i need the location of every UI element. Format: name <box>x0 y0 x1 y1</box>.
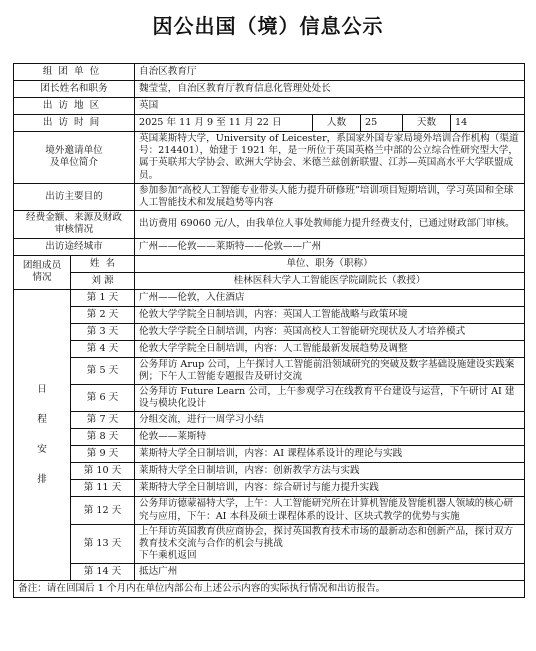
row-funding: 经费金额、来源及财政 审核情况 出访费用 69060 元/人，由我单位人事处教师… <box>14 211 525 238</box>
funding-label-line2: 审核情况 <box>18 224 130 236</box>
schedule-day: 第 4 天 <box>71 340 135 357</box>
member-name-header: 姓 名 <box>71 255 135 272</box>
schedule-day: 第 1 天 <box>71 289 135 306</box>
schedule-day: 第 5 天 <box>71 357 135 384</box>
schedule-row: 日 程 安 排 第 1 天 广州——伦敦，入住酒店 <box>14 289 525 306</box>
route-label: 出访途经城市 <box>14 238 135 255</box>
note: 备注：请在回国后 1 个月内在单位内部公布上述公示内容的实际执行情况和出访报告。 <box>14 581 525 598</box>
schedule-day: 第 14 天 <box>71 564 135 581</box>
schedule-content-line: 下午乘机返回 <box>139 550 520 562</box>
schedule-label-char: 安 <box>18 435 66 465</box>
schedule-content: 广州——伦敦，入住酒店 <box>135 289 525 306</box>
row-purpose: 出访主要目的 参加参加“高校人工智能专业带头人能力提升研修班”培训项目短期培训，… <box>14 183 525 210</box>
row-region: 出访地区 英国 <box>14 98 525 115</box>
route-value: 广州——伦敦——莱斯特——伦敦——广州 <box>135 238 525 255</box>
member-position-header: 单位、职务（职称） <box>135 255 525 272</box>
schedule-day: 第 12 天 <box>71 497 135 524</box>
purpose-value: 参加参加“高校人工智能专业带头人能力提升研修班”培训项目短期培训，学习英国和全球… <box>135 183 525 210</box>
schedule-label-char: 日 <box>18 375 66 405</box>
schedule-content: 伦敦大学学院全日制培训，内容：英国人工智能战略与政策环境 <box>135 306 525 323</box>
schedule-row: 第 11 天 莱斯特大学全日制培训，内容：综合研讨与能力提升实践 <box>14 480 525 497</box>
schedule-content: 公务拜访德蒙福特大学，上午：人工智能研究所在计算机智能及智能机器人领域的核心研究… <box>135 497 525 524</box>
funding-value: 出访费用 69060 元/人，由我单位人事处教师能力提升经费支付，已通过财政部门… <box>135 211 525 238</box>
member-name: 刘 源 <box>71 272 135 289</box>
leader-value: 魏莹莹，自治区教育厅教育信息化管理处处长 <box>135 81 525 98</box>
schedule-row: 第 9 天 莱斯特大学全日制培训，内容：AI 课程体系设计的理论与实践 <box>14 446 525 463</box>
schedule-row: 第 6 天 公务拜访 Future Learn 公司，上午参观学习在线教育平台建… <box>14 385 525 412</box>
days-value: 14 <box>451 115 525 132</box>
group-unit-label: 组团单位 <box>14 64 135 81</box>
inviter-label-line1: 境外邀请单位 <box>18 145 130 157</box>
schedule-row: 第 7 天 分组交流，进行一周学习小结 <box>14 412 525 429</box>
schedule-day: 第 7 天 <box>71 412 135 429</box>
member-row: 刘 源 桂林医科大学人工智能医学院副院长（教授） <box>14 272 525 289</box>
row-route: 出访途经城市 广州——伦敦——莱斯特——伦敦——广州 <box>14 238 525 255</box>
schedule-content: 公务拜访 Arup 公司，上午探讨人工智能前沿领域研究的突破及数字基础设施建设实… <box>135 357 525 384</box>
row-inviter: 境外邀请单位 及单位简介 英国莱斯特大学，University of Leice… <box>14 132 525 184</box>
inviter-label-line2: 及单位简介 <box>18 157 130 169</box>
schedule-label-char: 排 <box>18 465 66 495</box>
page-title: 因公出国（境）信息公示 <box>0 10 536 39</box>
members-label: 团组成员 情况 <box>14 255 71 289</box>
schedule-row: 第 5 天 公务拜访 Arup 公司，上午探讨人工智能前沿领域研究的突破及数字基… <box>14 357 525 384</box>
schedule-content-line: 上午拜访英国教育供应商协会，探讨英国教育技术市场的最新动态和创新产品，探讨双方教… <box>139 526 520 550</box>
schedule-row: 第 8 天 伦敦——莱斯特 <box>14 429 525 446</box>
funding-label: 经费金额、来源及财政 审核情况 <box>14 211 135 238</box>
member-position: 桂林医科大学人工智能医学院副院长（教授） <box>135 272 525 289</box>
time-label: 出访时间 <box>14 115 135 132</box>
leader-label: 团长姓名和职务 <box>14 81 135 98</box>
schedule-day: 第 11 天 <box>71 480 135 497</box>
schedule-row: 第 14 天 抵达广州 <box>14 564 525 581</box>
group-unit-value: 自治区教育厅 <box>135 64 525 81</box>
schedule-row: 第 13 天 上午拜访英国教育供应商协会，探讨英国教育技术市场的最新动态和创新产… <box>14 524 525 564</box>
schedule-row: 第 4 天 伦敦大学学院全日制培训，内容：人工智能最新发展趋势及调整 <box>14 340 525 357</box>
purpose-label: 出访主要目的 <box>14 183 135 210</box>
schedule-day: 第 8 天 <box>71 429 135 446</box>
schedule-day: 第 10 天 <box>71 463 135 480</box>
schedule-row: 第 12 天 公务拜访德蒙福特大学，上午：人工智能研究所在计算机智能及智能机器人… <box>14 497 525 524</box>
schedule-day: 第 3 天 <box>71 323 135 340</box>
row-group-unit: 组团单位 自治区教育厅 <box>14 64 525 81</box>
schedule-content: 伦敦大学学院全日制培训，内容：英国高校人工智能研究现状及人才培养模式 <box>135 323 525 340</box>
region-label: 出访地区 <box>14 98 135 115</box>
disclosure-table: 组团单位 自治区教育厅 团长姓名和职务 魏莹莹，自治区教育厅教育信息化管理处处长… <box>13 63 525 598</box>
funding-label-line1: 经费金额、来源及财政 <box>18 212 130 224</box>
schedule-label: 日 程 安 排 <box>14 289 71 581</box>
schedule-label-char: 程 <box>18 405 66 435</box>
inviter-label: 境外邀请单位 及单位简介 <box>14 132 135 184</box>
schedule-day: 第 6 天 <box>71 385 135 412</box>
schedule-day: 第 2 天 <box>71 306 135 323</box>
members-label-line2: 情况 <box>18 272 66 284</box>
time-value: 2025 年 11 月 9 至 11 月 22 日 <box>135 115 313 132</box>
schedule-row: 第 10 天 莱斯特大学全日制培训，内容：创新教学方法与实践 <box>14 463 525 480</box>
schedule-content: 伦敦——莱斯特 <box>135 429 525 446</box>
people-label: 人数 <box>313 115 361 132</box>
schedule-content: 上午拜访英国教育供应商协会，探讨英国教育技术市场的最新动态和创新产品，探讨双方教… <box>135 524 525 564</box>
schedule-content: 抵达广州 <box>135 564 525 581</box>
days-label: 天数 <box>403 115 451 132</box>
row-time: 出访时间 2025 年 11 月 9 至 11 月 22 日 人数 25 天数 … <box>14 115 525 132</box>
schedule-content: 莱斯特大学全日制培训，内容：AI 课程体系设计的理论与实践 <box>135 446 525 463</box>
members-label-line1: 团组成员 <box>18 260 66 272</box>
row-note: 备注：请在回国后 1 个月内在单位内部公布上述公示内容的实际执行情况和出访报告。 <box>14 581 525 598</box>
schedule-content: 莱斯特大学全日制培训，内容：综合研讨与能力提升实践 <box>135 480 525 497</box>
schedule-row: 第 3 天 伦敦大学学院全日制培训，内容：英国高校人工智能研究现状及人才培养模式 <box>14 323 525 340</box>
row-leader: 团长姓名和职务 魏莹莹，自治区教育厅教育信息化管理处处长 <box>14 81 525 98</box>
schedule-content: 莱斯特大学全日制培训，内容：创新教学方法与实践 <box>135 463 525 480</box>
schedule-day: 第 13 天 <box>71 524 135 564</box>
row-members-header: 团组成员 情况 姓 名 单位、职务（职称） <box>14 255 525 272</box>
people-value: 25 <box>361 115 403 132</box>
schedule-day: 第 9 天 <box>71 446 135 463</box>
schedule-content: 分组交流，进行一周学习小结 <box>135 412 525 429</box>
region-value: 英国 <box>135 98 525 115</box>
schedule-content: 伦敦大学学院全日制培训，内容：人工智能最新发展趋势及调整 <box>135 340 525 357</box>
inviter-value: 英国莱斯特大学，University of Leicester，系国家外国专家局… <box>135 132 525 184</box>
schedule-row: 第 2 天 伦敦大学学院全日制培训，内容：英国人工智能战略与政策环境 <box>14 306 525 323</box>
schedule-content: 公务拜访 Future Learn 公司，上午参观学习在线教育平台建设与运营，下… <box>135 385 525 412</box>
